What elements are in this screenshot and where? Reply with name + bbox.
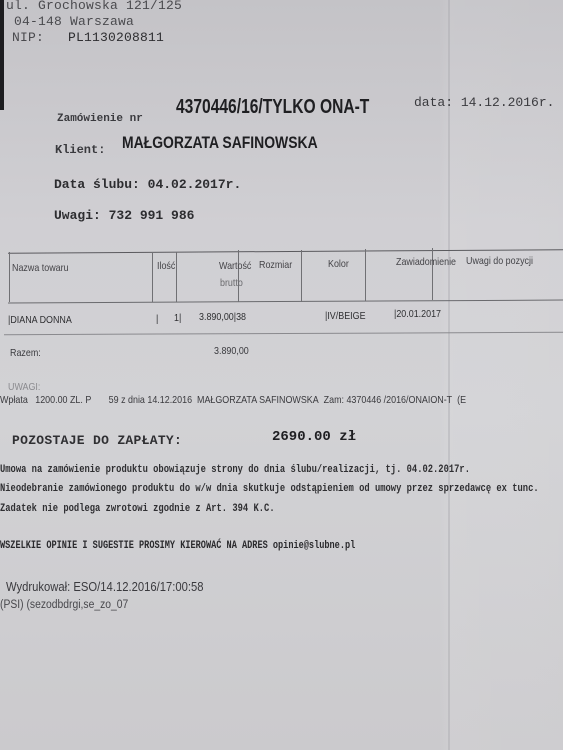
cell-product-name: |DIANA DONNA xyxy=(8,314,72,326)
printed-by: Wydrukował: ESO/14.12.2016/17:00:58 xyxy=(6,580,204,594)
seller-street: ul. Grochowska 121/125 xyxy=(6,0,182,13)
receipt-paper: ul. Grochowska 121/125 04-148 Warszawa N… xyxy=(0,0,563,750)
table-top-border xyxy=(8,249,563,253)
wedding-date: Data ślubu: 04.02.2017r. xyxy=(54,177,241,192)
header-size: Rozmiar xyxy=(259,259,292,271)
nip-label: NIP: xyxy=(12,30,44,45)
header-value-gross: brutto xyxy=(220,277,243,289)
payment-remarks-label: UWAGI: xyxy=(8,381,40,393)
paper-fold-line xyxy=(448,0,450,750)
feedback-notice: WSZELKIE OPINIE I SUGESTIE PROSIMY KIERO… xyxy=(0,540,355,552)
payment-client: MAŁGORZATA SAFINOWSKA xyxy=(197,394,319,406)
payment-amount: 1200.00 ZL. P xyxy=(35,394,91,406)
cell-value: 3.890,00|38 xyxy=(199,311,246,323)
notes: Uwagi: 732 991 986 xyxy=(54,208,194,223)
seller-nip: NIP: PL1130208811 xyxy=(12,30,164,45)
cell-quantity: 1| xyxy=(174,312,181,324)
cell-color: |IV/BEIGE xyxy=(325,310,366,322)
header-product-name: Nazwa towaru xyxy=(12,262,69,274)
items-table: Nazwa towaru Ilość Wartość brutto Rozmia… xyxy=(4,246,563,336)
notes-label: Uwagi: xyxy=(54,208,101,223)
remaining-label: POZOSTAJE DO ZAPŁATY: xyxy=(12,433,182,448)
col-border xyxy=(365,249,366,301)
total-label: Razem: xyxy=(10,347,41,359)
col-border xyxy=(9,252,10,302)
total-value: 3.890,00 xyxy=(214,345,249,357)
order-number: 4370446/16/TYLKO ONA-T xyxy=(176,96,369,119)
table-bottom-border xyxy=(4,332,563,335)
payment-document: 59 z dnia 14.12.2016 xyxy=(109,394,192,406)
order-date-label: data: xyxy=(414,95,453,110)
col-border xyxy=(152,252,153,302)
notes-value: 732 991 986 xyxy=(109,208,195,223)
order-label: Zamówienie nr xyxy=(57,113,143,125)
terms-line-3: Zadatek nie podlega zwrotowi zgodnie z A… xyxy=(0,503,275,515)
order-date: data: 14.12.2016r. xyxy=(414,95,554,110)
seller-city: 04-148 Warszawa xyxy=(14,14,134,29)
header-notice-date: Zawiadomienie xyxy=(396,256,456,268)
col-border xyxy=(301,250,302,302)
client-name: MAŁGORZATA SAFINOWSKA xyxy=(122,133,318,153)
cell-quantity-border: | xyxy=(156,313,158,325)
wedding-date-label: Data ślubu: xyxy=(54,177,140,192)
table-header-divider xyxy=(8,300,563,304)
header-item-remarks: Uwagi do pozycji xyxy=(466,255,533,267)
system-reference: (PSI) (sezodbdrgi,se_zo_07 xyxy=(0,599,128,611)
col-border xyxy=(176,252,177,302)
remaining-value: 2690.00 zł xyxy=(272,429,356,445)
header-color: Kolor xyxy=(328,258,349,270)
payment-order-ref: Zam: 4370446 /2016/ONAION-T xyxy=(324,394,452,406)
payment-prefix: Wpłata xyxy=(0,394,28,406)
col-border xyxy=(238,250,239,302)
terms-line-1: Umowa na zamówienie produktu obowiązuje … xyxy=(0,464,470,476)
payment-line: Wpłata 1200.00 ZL. P 59 z dnia 14.12.201… xyxy=(0,394,466,406)
client-label: Klient: xyxy=(55,143,105,157)
header-value: Wartość xyxy=(219,260,251,272)
wedding-date-value: 04.02.2017r. xyxy=(148,177,242,192)
terms-line-2: Nieodebranie zamówionego produktu do w/w… xyxy=(0,483,539,495)
paper-edge-shadow xyxy=(0,0,4,110)
payment-trailing: (E xyxy=(457,394,466,406)
order-date-value: 14.12.2016r. xyxy=(461,95,555,110)
nip-value: PL1130208811 xyxy=(68,30,164,45)
cell-notice-date: |20.01.2017 xyxy=(394,308,441,320)
header-quantity: Ilość xyxy=(157,260,175,272)
